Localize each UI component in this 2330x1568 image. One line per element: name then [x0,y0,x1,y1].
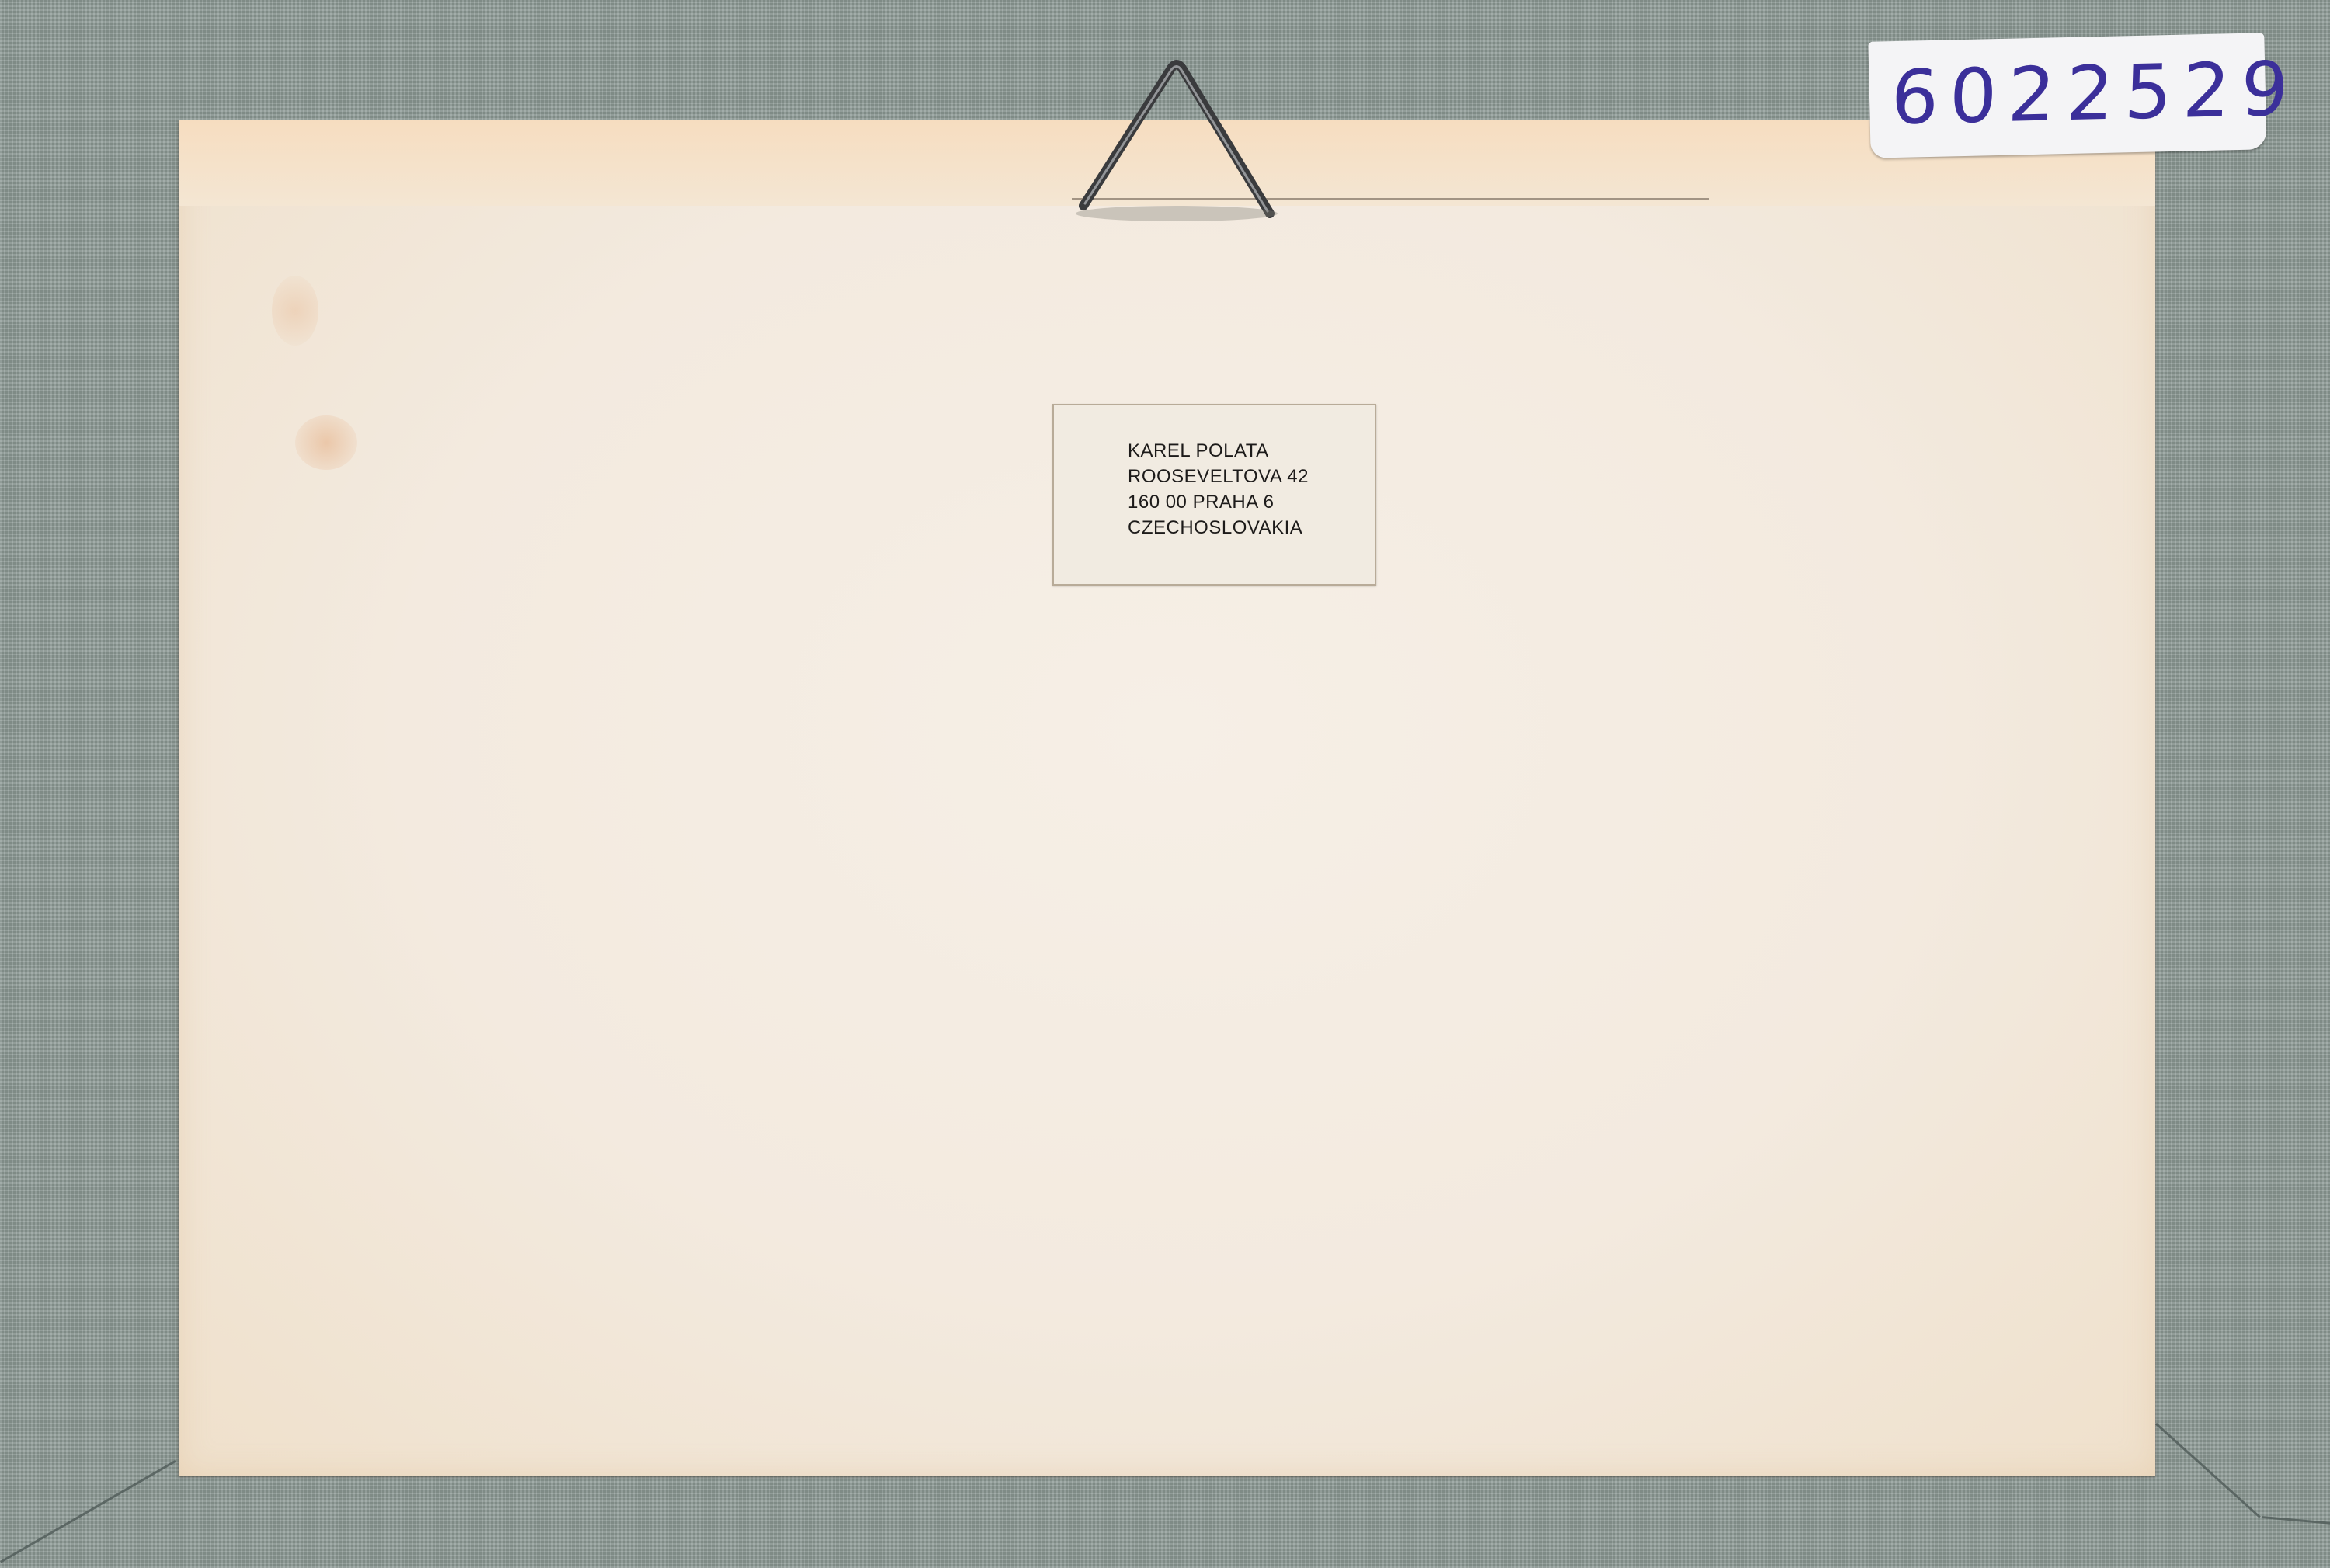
address-line-street: ROOSEVELTOVA 42 [1128,464,1309,489]
corner-seam-bottom-right [2155,1423,2261,1518]
wire-hanger-icon [1064,54,1289,225]
address-line-name: KAREL POLATA [1128,438,1309,464]
inventory-id-sticker: 6022529 [1868,33,2266,158]
address-line-country: CZECHOSLOVAKIA [1128,515,1309,541]
corner-seam-bottom-right-tail [2262,1516,2330,1525]
address-text: KAREL POLATA ROOSEVELTOVA 42 160 00 PRAH… [1128,438,1309,541]
stain [272,276,318,346]
artwork-backing-paper: KAREL POLATA ROOSEVELTOVA 42 160 00 PRAH… [179,120,2155,1476]
inventory-number: 6022529 [1890,46,2300,141]
corner-seam-bottom-left [0,1460,176,1563]
address-line-city: 160 00 PRAHA 6 [1128,489,1309,515]
stain [295,415,357,470]
address-label: KAREL POLATA ROOSEVELTOVA 42 160 00 PRAH… [1052,404,1376,586]
